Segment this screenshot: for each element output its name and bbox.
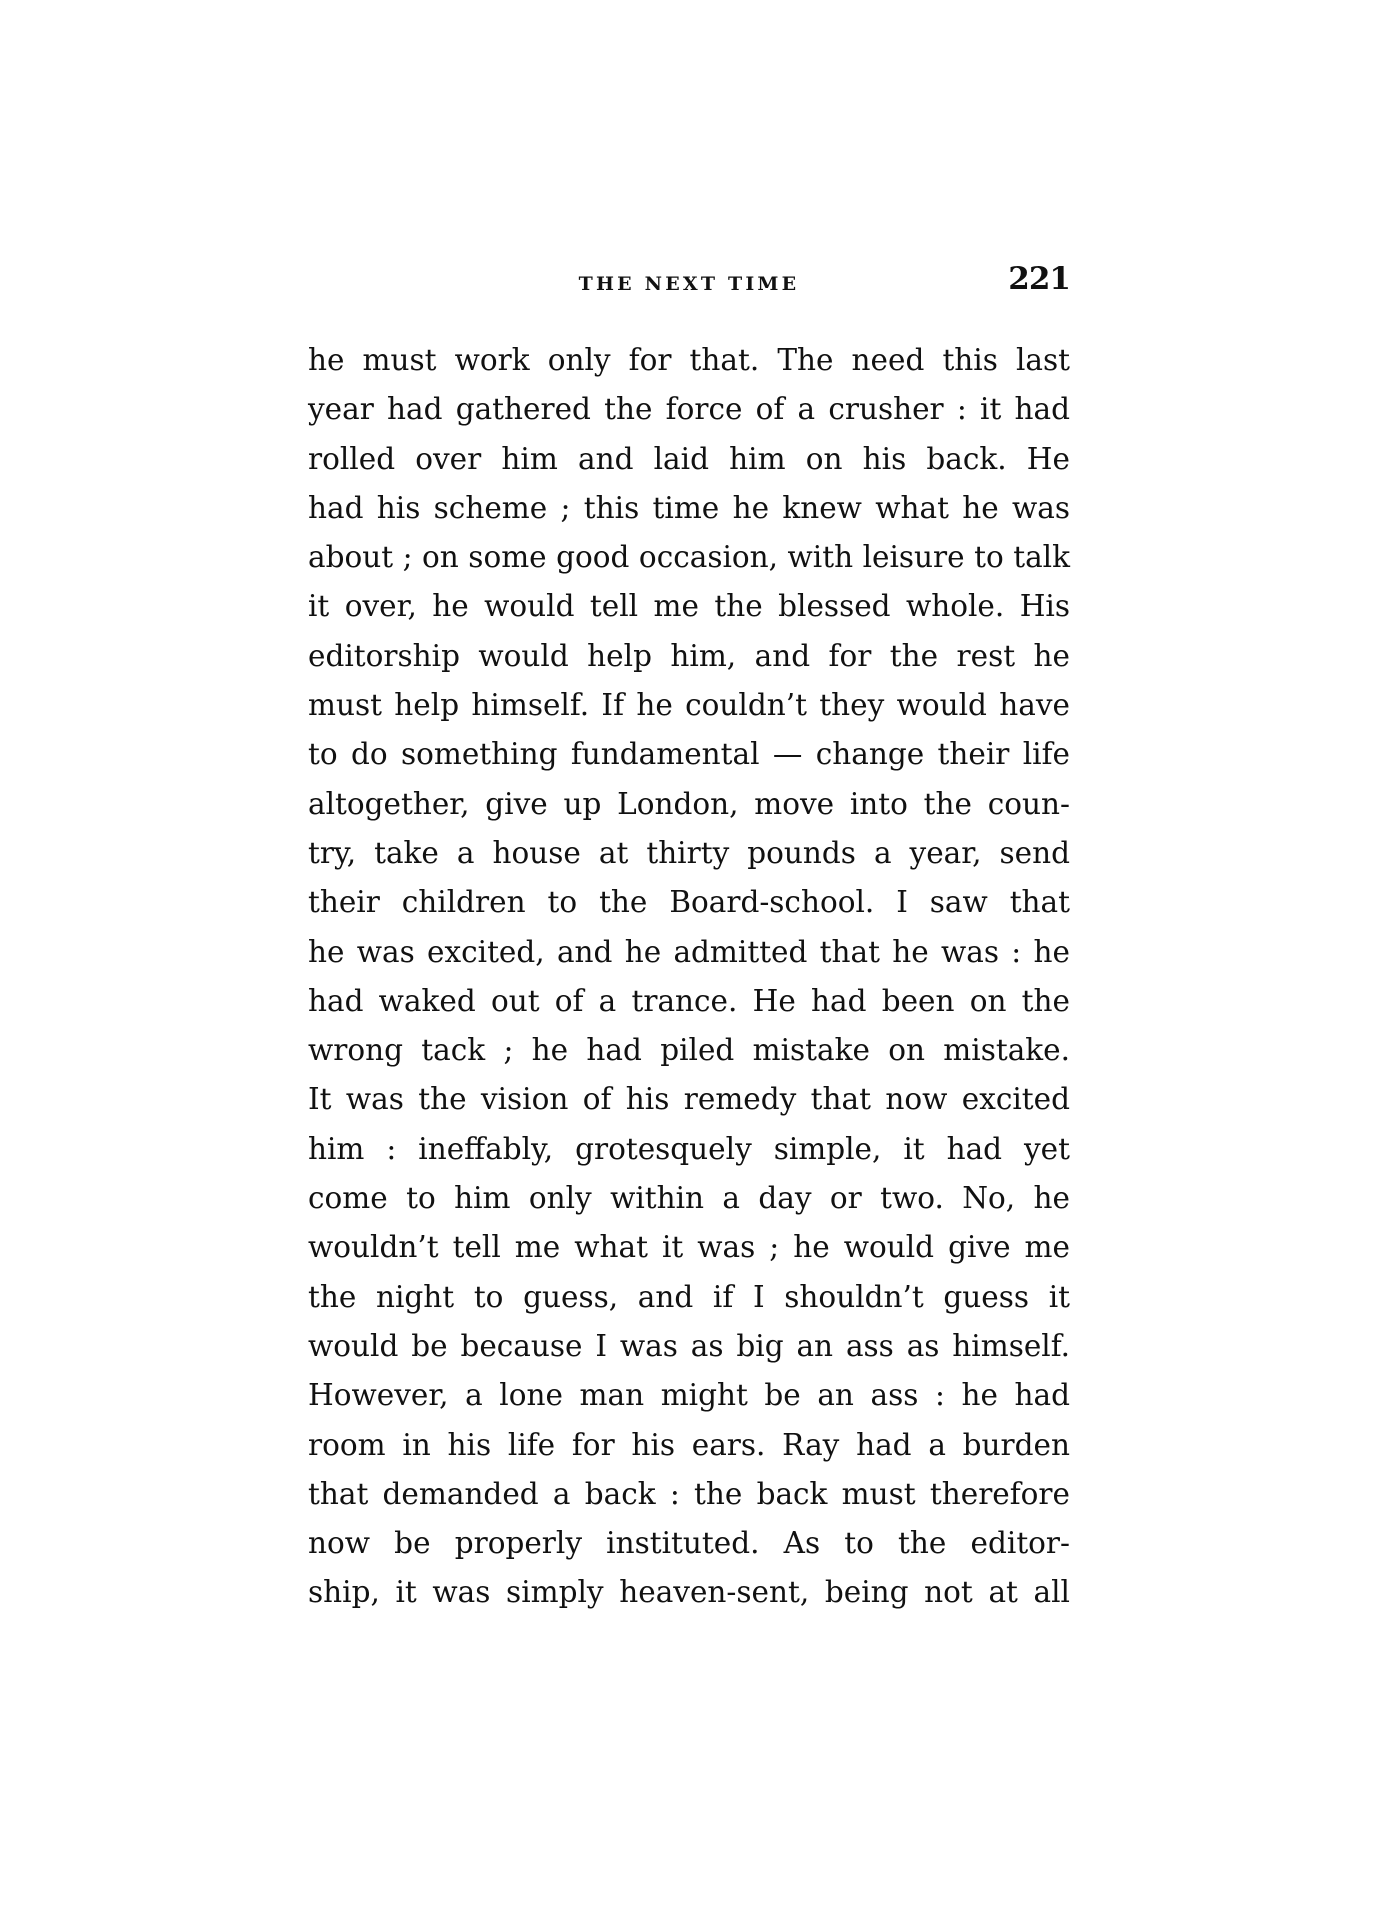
text-line: year had gathered the force of a crusher… <box>308 385 1070 434</box>
text-line: to do something fundamental — change the… <box>308 730 1070 779</box>
text-line: room in his life for his ears. Ray had a… <box>308 1421 1070 1470</box>
book-page: THE NEXT TIME 221 he must work only for … <box>0 0 1373 1923</box>
text-line: ship, it was simply heaven-sent, being n… <box>308 1568 1070 1617</box>
text-line: their children to the Board-school. I sa… <box>308 878 1070 927</box>
text-line: wrong tack ; he had piled mistake on mis… <box>308 1026 1070 1075</box>
text-line: try, take a house at thirty pounds a yea… <box>308 829 1070 878</box>
text-line: he was excited, and he admitted that he … <box>308 928 1070 977</box>
text-line: would be because I was as big an ass as … <box>308 1322 1070 1371</box>
text-line: about ; on some good occasion, with leis… <box>308 533 1070 582</box>
text-line: that demanded a back : the back must the… <box>308 1470 1070 1519</box>
text-line: he must work only for that. The need thi… <box>308 336 1070 385</box>
text-line: come to him only within a day or two. No… <box>308 1174 1070 1223</box>
text-line: him : ineffably, grotesquely simple, it … <box>308 1125 1070 1174</box>
text-line: altogether, give up London, move into th… <box>308 780 1070 829</box>
text-line: editorship would help him, and for the r… <box>308 632 1070 681</box>
text-line: had waked out of a trance. He had been o… <box>308 977 1070 1026</box>
text-line: It was the vision of his remedy that now… <box>308 1075 1070 1124</box>
text-line: had his scheme ; this time he knew what … <box>308 484 1070 533</box>
text-line: must help himself. If he couldn’t they w… <box>308 681 1070 730</box>
page-number: 221 <box>1008 262 1070 296</box>
body-text: he must work only for that. The need thi… <box>308 336 1070 1618</box>
text-line: rolled over him and laid him on his back… <box>308 435 1070 484</box>
text-line: it over, he would tell me the blessed wh… <box>308 582 1070 631</box>
text-line: the night to guess, and if I shouldn’t g… <box>308 1273 1070 1322</box>
running-head: THE NEXT TIME 221 <box>308 262 1070 302</box>
text-line: wouldn’t tell me what it was ; he would … <box>308 1223 1070 1272</box>
text-line: now be properly instituted. As to the ed… <box>308 1519 1070 1568</box>
text-line: However, a lone man might be an ass : he… <box>308 1371 1070 1420</box>
chapter-title: THE NEXT TIME <box>308 273 1070 295</box>
